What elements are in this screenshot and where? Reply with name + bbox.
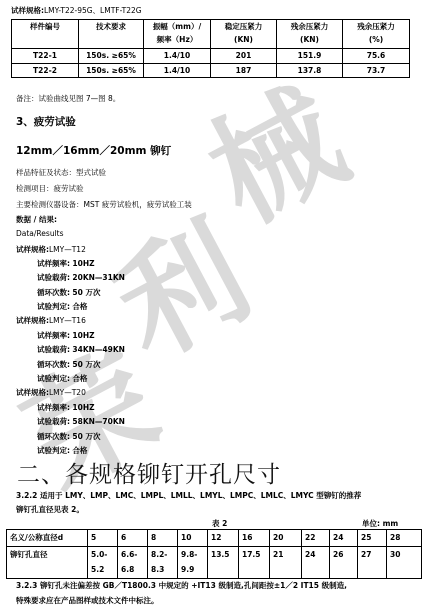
table-cell: 20 [270,530,302,547]
spec-item: 循环次数: 50 万次 [37,287,100,298]
table-cell: T22-2 [12,64,79,78]
table-cell: 26 [330,547,358,579]
spec-line-t12: 试样规格:LMY—T12 [16,244,86,255]
table-cell: 150s. ≥65% [79,64,144,78]
data-results-label-en: Data/Results [16,229,64,238]
header-cell: 样件编号 [12,20,79,49]
spec-item: 试样频率: 10HZ [37,402,95,413]
table-cell: 8 [148,530,178,547]
para-322-line1: 3.2.2 适用于 LMY、LMP、LMC、LMPL、LMLL、LMYL、LMP… [16,490,361,501]
table-cell: 27 [358,547,387,579]
table-cell: 187 [211,64,277,78]
heading-rivet-hole-sizes: 二、各规格铆钉开孔尺寸 [17,456,281,489]
para-323-line1: 3.2.3 铆钉孔未注偏差按 GB／T1800.3 中规定的 +IT13 级制造… [16,580,347,591]
table-cell: 12 [208,530,239,547]
table-row: T22-2 150s. ≥65% 1.4/10 187 137.8 73.7 [12,64,410,78]
table-caption: 表 2 [212,518,227,529]
table-cell: 75.6 [343,49,410,64]
header-cell: 残余压紧力(KN) [277,20,343,49]
spec-value: LMY-T22-95G、LMTF-T22G [44,6,142,15]
spec-item: 试样频率: 10HZ [37,258,95,269]
spec-line-t16: 试样规格:LMY—T16 [16,315,86,326]
section-subtitle-rivets: 12mm／16mm／20mm 铆钉 [16,143,171,158]
table-cell: 30 [387,547,422,579]
table-header-row: 样件编号 技术要求 振幅（mm）/频率（Hz） 稳定压紧力(KN) 残余压紧力(… [12,20,410,49]
unit-label: 单位: mm [362,518,398,529]
spec-line-t22: 试样规格:LMY-T22-95G、LMTF-T22G [11,5,142,16]
press-force-table: 样件编号 技术要求 振幅（mm）/频率（Hz） 稳定压紧力(KN) 残余压紧力(… [11,19,410,78]
spec-item: 试验载荷: 20KN—31KN [37,272,125,283]
table-cell: 5 [88,530,118,547]
table-cell: 21 [270,547,302,579]
spec-item: 试验判定: 合格 [37,373,87,384]
para-322-line2: 铆钉孔直径见表 2。 [16,504,84,515]
spec-line-t20: 试样规格:LMY—T20 [16,387,86,398]
equipment-text: 主要检测仪器设备：MST 疲劳试验机，疲劳试验工装 [16,199,192,210]
spec-item: 试验判定: 合格 [37,301,87,312]
table-row-hole-diameter: 铆钉孔直径 5.0-5.2 6.6-6.8 8.2-8.3 9.8-9.9 13… [7,547,422,579]
header-cell: 稳定压紧力(KN) [211,20,277,49]
table-cell: 73.7 [343,64,410,78]
table-cell: 1.4/10 [144,64,211,78]
table-cell: 6 [118,530,148,547]
para-323-line2: 特殊要求应在产品图样或技术文件中标注。 [16,595,159,606]
row-label: 铆钉孔直径 [7,547,88,579]
note-text: 备注：试验曲线见图 7—图 8。 [16,93,120,104]
table-cell: 9.8-9.9 [178,547,208,579]
table-cell: 201 [211,49,277,64]
watermark-glyph-3: 械 [193,73,362,242]
table-cell: 151.9 [277,49,343,64]
table-cell: 24 [302,547,330,579]
table-cell: 17.5 [239,547,270,579]
table-cell: 10 [178,530,208,547]
table-cell: 6.6-6.8 [118,547,148,579]
row-label: 名义/公称直径d [7,530,88,547]
test-item-text: 检测项目：疲劳试验 [16,183,84,194]
table-cell: 25 [358,530,387,547]
header-cell: 技术要求 [79,20,144,49]
spec-item: 循环次数: 50 万次 [37,431,100,442]
spec-item: 试验载荷: 58KN—70KN [37,416,125,427]
table-row-nominal-diameter: 名义/公称直径d 5 6 8 10 12 16 20 22 24 25 28 [7,530,422,547]
table-cell: 13.5 [208,547,239,579]
spec-item: 循环次数: 50 万次 [37,359,100,370]
spec-item: 试验判定: 合格 [37,445,87,456]
table-cell: 150s. ≥65% [79,49,144,64]
header-cell: 残余压紧力(%) [343,20,410,49]
table-row: T22-1 150s. ≥65% 1.4/10 201 151.9 75.6 [12,49,410,64]
table-cell: 22 [302,530,330,547]
table-cell: 24 [330,530,358,547]
table-cell: 8.2-8.3 [148,547,178,579]
sample-state-text: 样品特征及状态：型式试验 [16,167,106,178]
spec-item: 试样频率: 10HZ [37,330,95,341]
table-cell: 1.4/10 [144,49,211,64]
rivet-hole-diameter-table: 名义/公称直径d 5 6 8 10 12 16 20 22 24 25 28 铆… [6,529,422,579]
section-title-fatigue: 3、疲劳试验 [16,114,76,129]
spec-label: 试样规格: [11,6,44,15]
spec-item: 试验载荷: 34KN—49KN [37,344,125,355]
data-results-label: 数据 / 结果: [16,214,57,225]
table-cell: 5.0-5.2 [88,547,118,579]
table-cell: 16 [239,530,270,547]
table-cell: T22-1 [12,49,79,64]
table-cell: 28 [387,530,422,547]
header-cell: 振幅（mm）/频率（Hz） [144,20,211,49]
table-cell: 137.8 [277,64,343,78]
